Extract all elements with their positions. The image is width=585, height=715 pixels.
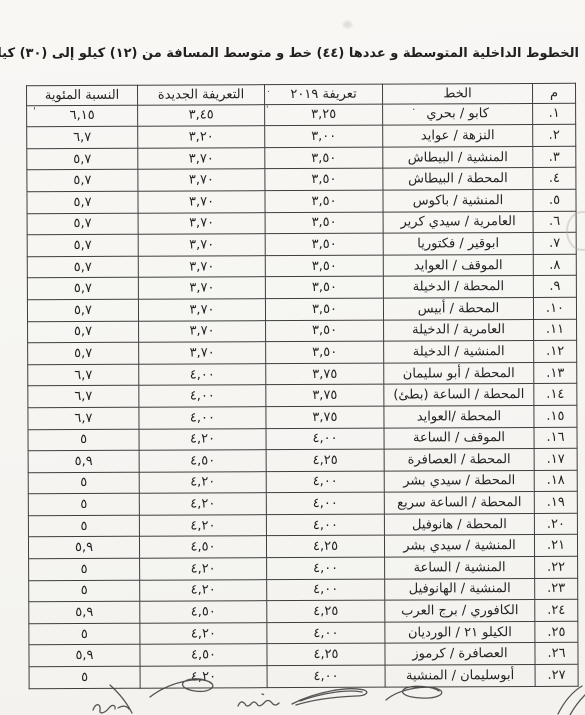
cell-tnew: ٤,٢٠ [139,493,266,515]
column-header-tnew: التعريفة الجديدة [138,85,265,105]
cell-tnew: ٣,٧٠ [138,234,265,256]
column-header-pct: النسبة المئوية [27,85,138,105]
table-row: ١٠.المحطة / أبيس٣,٥٠٣,٧٠٥,٧ [27,297,576,321]
cell-line: المحطة / سيدي بشر [384,470,534,492]
cell-tnew: ٣,٧٠ [138,212,265,234]
table-row: ١٢.المنشية / الدخيلة٣,٥٠٣,٧٠٥,٧ [28,340,577,364]
cell-line: المحطة / أبو سليمان [384,362,534,384]
cell-tnew: ٤,٥٠ [139,536,266,558]
cell-num: ٢٣. [535,578,578,600]
table-row: ١٩.المحطة / الساعة سريع٤,٠٠٤,٢٠٥ [28,492,577,516]
cell-num: ١. [533,103,576,125]
cell-line: المحطة / البيطاش [383,168,533,190]
cell-num: ٣. [533,146,576,168]
cell-num: ٥. [533,189,576,211]
cell-t2019: ٤,٠٠ [266,428,384,450]
cell-num: ١٦. [534,427,577,449]
cell-line: الكافوري / برج العرب [385,600,535,622]
cell-pct: ٥,٧ [28,342,139,364]
cell-line: النزهة / عوايد [383,125,533,147]
table-row: ٤.المحطة / البيطاش٣,٥٠٣,٧٠٥,٧ [27,168,576,192]
cell-line: ابوقير / فكتوريا [383,233,533,255]
cell-pct: ٥,٧ [27,148,138,170]
cell-pct: ٥,٧ [27,256,138,278]
cell-t2019: ٣,٥٠ [265,233,383,255]
cell-tnew: ٤,٠٠ [139,407,266,429]
cell-pct: ٥,٩ [29,645,140,667]
table-row: ١.كابو / بحري٣,٢٥٣,٤٥٦,١٥ [27,103,576,127]
table-row: ٢٤.الكافوري / برج العرب٤,٢٥٤,٥٠٥,٩ [29,600,578,624]
column-header-t2019: تعريفة ٢٠١٩ [265,84,383,104]
cell-line: المنشية / الهانوفيل [385,578,535,600]
table-row: ١٦.الموقف / الساعة٤,٠٠٤,٢٠٥ [28,427,577,451]
cell-num: ٢٦. [535,643,578,665]
cell-line: المحطة /العوايد [384,405,534,427]
cell-line: المحطة / الساعة سريع [384,492,534,514]
cell-pct: ٥ [28,493,139,515]
cell-pct: ٥,٩ [29,601,140,623]
cell-line: المحطة / أبيس [383,297,533,319]
cell-pct: ٥,٧ [27,299,138,321]
cell-tnew: ٤,٢٠ [140,579,267,601]
column-header-num: م [533,83,576,103]
document-title: الخطوط الداخلية المتوسطة و عددها (٤٤) خط… [4,45,579,64]
cell-pct: ٥ [28,515,139,537]
cell-pct: ٥ [28,429,139,451]
cell-pct: ٦,٧ [28,386,139,408]
cell-t2019: ٣,٢٥ [265,104,383,126]
cell-line: المنشية / الساعة [385,557,535,579]
table-row: ٢٥.الكيلو ٢١ / الورديان٤,٠٠٤,٢٠٥ [29,621,578,645]
cell-pct: ٥,٩ [28,450,139,472]
cell-num: ٢٠. [534,513,577,535]
table-row: ٢٢.المنشية / الساعة٤,٠٠٤,٢٠٥ [29,556,578,580]
cell-t2019: ٤,٢٥ [266,449,384,471]
cell-t2019: ٤,٠٠ [267,557,385,579]
cell-line: كابو / بحري [383,103,533,125]
cell-pct: ٥ [29,623,140,645]
cell-pct: ٦,١٥ [27,105,138,127]
cell-pct: ٥ [29,666,140,688]
cell-line: المنشية / البيطاش [383,146,533,168]
cell-pct: ٥,٧ [27,170,138,192]
cell-line: أبوسليمان / المنشية [385,665,535,687]
cell-line: المنشية / الدخيلة [384,341,534,363]
cell-tnew: ٤,٥٠ [140,644,267,666]
cell-t2019: ٣,٠٠ [265,125,383,147]
table-row: ١١.العامرية / الدخيلة٣,٥٠٣,٧٠٥,٧ [28,319,577,343]
cell-num: ١٩. [534,492,577,514]
cell-line: الموقف / العوايد [383,254,533,276]
cell-num: ١٠. [533,297,576,319]
cell-tnew: ٤,٢٠ [139,428,266,450]
cell-pct: ٥ [29,558,140,580]
cell-t2019: ٣,٥٠ [265,190,383,212]
cell-line: الكيلو ٢١ / الورديان [385,621,535,643]
table-row: ٦.العامرية / سيدي كرير٣,٥٠٣,٧٠٥,٧ [27,211,576,235]
cell-tnew: ٤,٢٠ [140,558,267,580]
table-row: ٣.المنشية / البيطاش٣,٥٠٣,٧٠٥,٧ [27,146,576,170]
cell-t2019: ٣,٧٥ [266,406,384,428]
cell-line: المحطة / العصافرة [384,449,534,471]
table-row: ٥.المنشية / باكوس٣,٥٠٣,٧٠٥,٧ [27,189,576,213]
cell-t2019: ٣,٥٠ [266,341,384,363]
table-row: ٢.النزهة / عوايد٣,٠٠٣,٢٠٦,٧ [27,124,576,148]
cell-t2019: ٣,٧٥ [266,363,384,385]
cell-tnew: ٤,٢٠ [140,666,267,688]
cell-pct: ٦,٧ [27,126,138,148]
cell-line: الموقف / الساعة [384,427,534,449]
cell-t2019: ٤,٠٠ [266,514,384,536]
cell-num: ١٥. [534,405,577,427]
cell-t2019: ٤,٠٠ [267,665,385,687]
cell-tnew: ٤,٠٠ [139,385,266,407]
cell-num: ٢. [533,124,576,146]
cell-pct: ٥,٧ [27,191,138,213]
cell-t2019: ٣,٥٠ [265,212,383,234]
cell-line: المنشية / سيدي بشر [384,535,534,557]
table-header-row: مالخطتعريفة ٢٠١٩التعريفة الجديدةالنسبة ا… [27,83,576,105]
cell-line: العصافرة / كرموز [385,643,535,665]
cell-t2019: ٣,٥٠ [266,320,384,342]
cell-line: المنشية / باكوس [383,189,533,211]
cell-num: ٩. [533,276,576,298]
table-row: ١٨.المحطة / سيدي بشر٤,٠٠٤,٢٠٥ [28,470,577,494]
table-row: ١٥.المحطة /العوايد٣,٧٥٤,٠٠٦,٧ [28,405,577,429]
cell-num: ٢٤. [535,600,578,622]
table-row: ٧.ابوقير / فكتوريا٣,٥٠٣,٧٠٥,٧ [27,232,576,256]
table-row: ١٣.المحطة / أبو سليمان٣,٧٥٤,٠٠٦,٧ [28,362,577,386]
cell-pct: ٥ [29,580,140,602]
cell-t2019: ٣,٥٠ [265,298,383,320]
column-header-line: الخط [383,83,533,103]
table-row: ٩.المحطة / الدخيلة٣,٥٠٣,٧٠٥,٧ [27,276,576,300]
cell-tnew: ٣,٧٠ [138,169,265,191]
table-row: ١٤.المحطة / الساعة (بطئ)٣,٧٥٤,٠٠٦,٧ [28,384,577,408]
cell-num: ٢٢. [535,556,578,578]
cell-t2019: ٣,٧٥ [266,384,384,406]
cell-num: ١٣. [534,362,577,384]
cell-num: ٢٧. [535,664,578,686]
cell-tnew: ٣,٧٠ [138,147,265,169]
cell-tnew: ٣,٧٠ [139,342,266,364]
cell-tnew: ٤,٢٠ [140,622,267,644]
cell-tnew: ٣,٤٥ [138,104,265,126]
cell-pct: ٥,٧ [27,278,138,300]
table-row: ٢٣.المنشية / الهانوفيل٤,٠٠٤,٢٠٥ [29,578,578,602]
cell-num: ١٢. [534,340,577,362]
cell-line: العامرية / سيدي كرير [383,211,533,233]
scan-speck [343,21,352,28]
table-row: ١٧.المحطة / العصافرة٤,٢٥٤,٥٠٥,٩ [28,448,577,472]
cell-t2019: ٤,٢٥ [267,600,385,622]
scanned-document-page: الخطوط الداخلية المتوسطة و عددها (٤٤) خط… [0,0,585,715]
cell-pct: ٥,٧ [28,321,139,343]
tariff-table: مالخطتعريفة ٢٠١٩التعريفة الجديدةالنسبة ا… [26,83,579,689]
cell-num: ١١. [534,319,577,341]
table-row: ٢٠.المحطة / هانوفيل٤,٠٠٤,٢٠٥ [28,513,577,537]
cell-line: العامرية / الدخيلة [384,319,534,341]
cell-num: ٢٥. [535,621,578,643]
cell-t2019: ٣,٥٠ [265,255,383,277]
cell-tnew: ٣,٧٠ [138,191,265,213]
table-row: ٢٧.أبوسليمان / المنشية٤,٠٠٤,٢٠٥ [29,664,578,688]
cell-t2019: ٣,٥٠ [265,147,383,169]
table-row: ٢١.المنشية / سيدي بشر٤,٢٥٤,٥٠٥,٩ [28,535,577,559]
cell-t2019: ٤,٠٠ [267,622,385,644]
cell-tnew: ٤,٥٠ [140,601,267,623]
cell-num: ٨. [533,254,576,276]
cell-tnew: ٤,٥٠ [139,450,266,472]
cell-tnew: ٣,٧٠ [138,255,265,277]
cell-line: المحطة / الدخيلة [383,276,533,298]
cell-tnew: ٣,٧٠ [138,277,265,299]
table-row: ٢٦.العصافرة / كرموز٤,٢٥٤,٥٠٥,٩ [29,643,578,667]
cell-line: المحطة / هانوفيل [384,513,534,535]
cell-t2019: ٣,٥٠ [265,276,383,298]
cell-tnew: ٤,٠٠ [139,363,266,385]
cell-t2019: ٤,٠٠ [266,492,384,514]
cell-pct: ٥,٩ [28,537,139,559]
cell-t2019: ٤,٠٠ [267,579,385,601]
cell-t2019: ٤,٢٥ [267,644,385,666]
cell-line: المحطة / الساعة (بطئ) [384,384,534,406]
cell-tnew: ٣,٧٠ [139,320,266,342]
cell-t2019: ٤,٢٥ [266,536,384,558]
cell-pct: ٥,٧ [27,234,138,256]
cell-pct: ٦,٧ [28,407,139,429]
cell-tnew: ٣,٧٠ [138,299,265,321]
cell-num: ٤. [533,168,576,190]
cell-num: ١٧. [534,448,577,470]
cell-tnew: ٣,٢٠ [138,126,265,148]
cell-pct: ٥,٧ [27,213,138,235]
table-row: ٨.الموقف / العوايد٣,٥٠٣,٧٠٥,٧ [27,254,576,278]
cell-t2019: ٤,٠٠ [266,471,384,493]
cell-pct: ٥ [28,472,139,494]
cell-t2019: ٣,٥٠ [265,169,383,191]
cell-num: ٢١. [534,535,577,557]
cell-tnew: ٤,٢٠ [139,515,266,537]
cell-pct: ٦,٧ [28,364,139,386]
cell-tnew: ٤,٢٠ [139,471,266,493]
cell-num: ١٨. [534,470,577,492]
cell-num: ١٤. [534,384,577,406]
